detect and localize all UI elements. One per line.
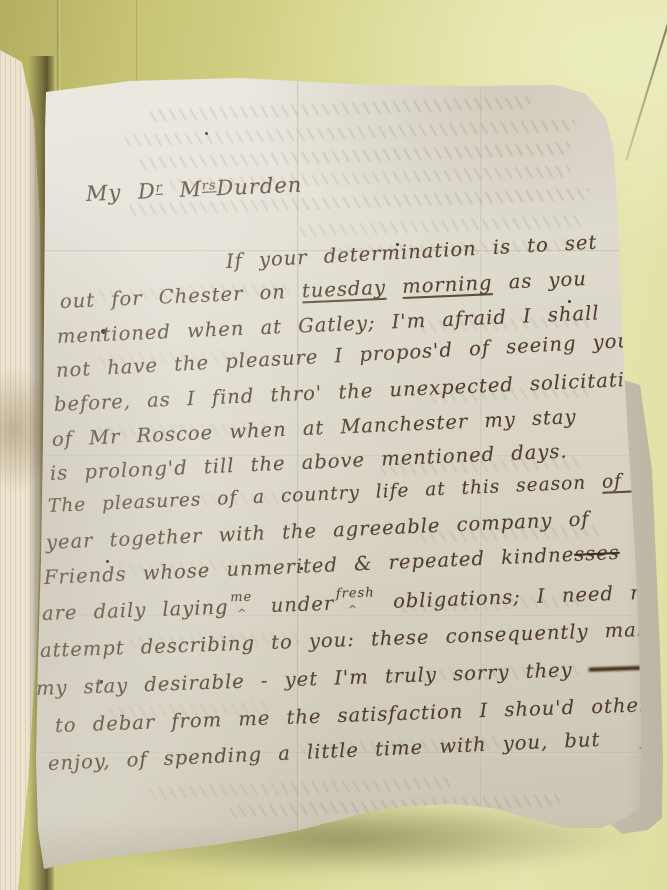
ink-specks xyxy=(205,132,208,135)
manuscript-line: my stay desirable - yet I'm truly sorry … xyxy=(36,654,667,700)
manuscript-word-segment: fresh^ xyxy=(336,585,375,601)
manuscript-word-segment: me^ xyxy=(230,590,253,606)
manuscript-word-segment: sses xyxy=(574,541,621,566)
ghost-writing-row xyxy=(125,119,575,147)
manuscript-word-segment: under xyxy=(254,592,334,618)
manuscript-word-segment: M xyxy=(162,177,202,203)
manuscript-word-segment xyxy=(386,275,403,299)
ghost-writing-row xyxy=(140,143,570,170)
manuscript-word-segment: My D xyxy=(85,179,156,206)
manuscript-word-segment: my stay desirable - yet I'm truly sorry … xyxy=(36,658,590,700)
manuscript-word-segment: Durden xyxy=(216,173,303,201)
caret-insertion-mark: ^ xyxy=(237,607,248,620)
ghost-writing-row xyxy=(150,777,450,799)
manuscript-line: are daily layingme^ underfresh^ obligati… xyxy=(42,580,666,625)
manuscript-line: attempt describing to you: these consequ… xyxy=(40,617,663,662)
manuscript-line: If your determination is to set xyxy=(225,231,597,273)
mat-crease-line xyxy=(57,0,60,95)
photograph-of-manuscript-letter: My Dr MrsDurdenIf your determination is … xyxy=(0,0,667,890)
manuscript-word-segment: ——— xyxy=(588,656,641,681)
manuscript-word-segment: tuesday xyxy=(302,276,387,303)
letter-sheet: My Dr MrsDurdenIf your determination is … xyxy=(0,0,667,890)
manuscript-word-segment: rs xyxy=(202,177,217,193)
manuscript-word-segment: out for Chester on xyxy=(59,279,302,313)
manuscript-word-segment: morning xyxy=(402,271,493,298)
ghost-writing-row xyxy=(150,96,530,121)
manuscript-word-segment: attempt describing to you: these consequ… xyxy=(40,617,663,662)
manuscript-word-segment: are daily laying xyxy=(42,595,229,624)
manuscript-word-segment: as you xyxy=(492,267,587,294)
manuscript-word-segment: If your determination is to set xyxy=(225,231,597,273)
caret-insertion-mark: ^ xyxy=(348,603,359,616)
mat-crease-line xyxy=(136,0,139,88)
manuscript-word-segment: enjoy, of spending a little time with yo… xyxy=(47,727,616,775)
